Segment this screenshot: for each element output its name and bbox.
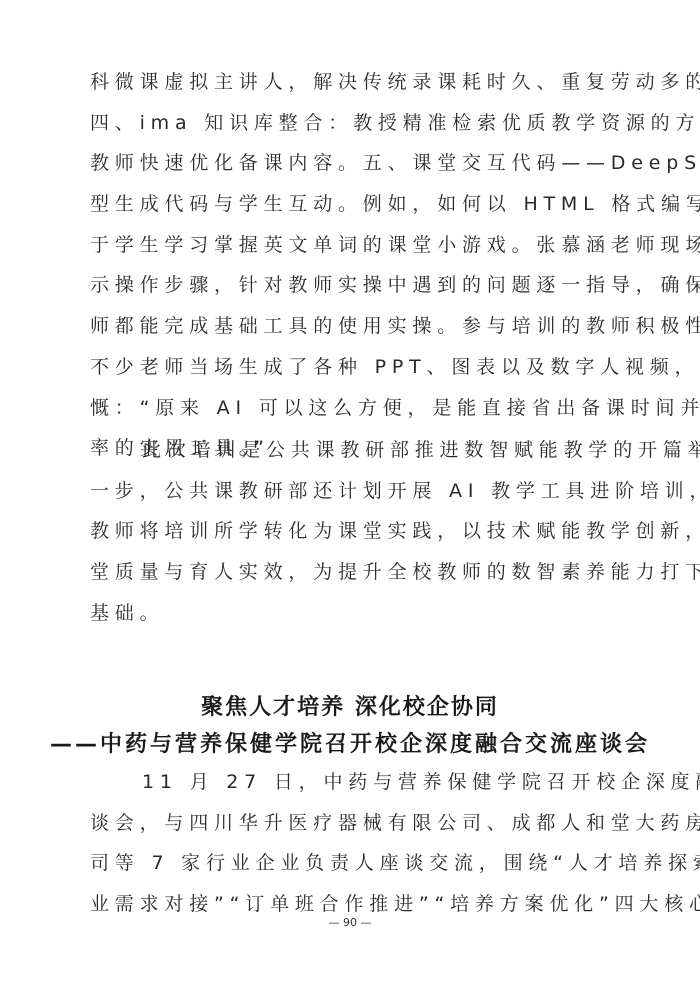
text-line: 此次培训是公共课教研部推进数智赋能教学的开篇举措。下 xyxy=(90,430,616,471)
paragraph-next-steps: 此次培训是公共课教研部推进数智赋能教学的开篇举措。下 一步，公共课教研部还计划开… xyxy=(90,430,616,633)
text-line: 示操作步骤，针对教师实操中遇到的问题逐一指导，确保每位教 xyxy=(90,265,616,306)
text-line: 型生成代码与学生互动。例如，如何以 HTML 格式编写一个有助 xyxy=(90,184,616,225)
text-line: 四、ima 知识库整合：教授精准检索优质教学资源的方法，助力 xyxy=(90,103,616,144)
text-line: 于学生学习掌握英文单词的课堂小游戏。张慕涵老师现场同步演 xyxy=(90,225,616,266)
document-page: 科微课虚拟主讲人，解决传统录课耗时久、重复劳动多的痛点； 四、ima 知识库整合… xyxy=(0,0,700,989)
text-line: 一步，公共课教研部还计划开展 AI 教学工具进阶培训，持续推动 xyxy=(90,471,616,512)
page-number: — 90 — xyxy=(0,916,700,929)
text-line: 基础。 xyxy=(90,593,616,634)
text-line: 科微课虚拟主讲人，解决传统录课耗时久、重复劳动多的痛点； xyxy=(90,62,616,103)
paragraph-article-body: 11 月 27 日，中药与营养保健学院召开校企深度融合交流座 谈会，与四川华升医… xyxy=(90,762,616,925)
text-line: 教师将培训所学转化为课堂实践，以技术赋能教学创新，提高课 xyxy=(90,511,616,552)
text-line: 司等 7 家行业企业负责人座谈交流，围绕“人才培养探索”“企 xyxy=(90,843,616,884)
text-line: 教师快速优化备课内容。五、课堂交互代码——DeepSeek：大模 xyxy=(90,143,616,184)
text-line: 11 月 27 日，中药与营养保健学院召开校企深度融合交流座 xyxy=(90,762,616,803)
text-line: 慨：“原来 AI 可以这么方便，是能直接省出备课时间并且提高效 xyxy=(90,388,616,429)
article-title: 聚焦人才培养 深化校企协同 xyxy=(0,690,700,721)
text-line: 不少老师当场生成了各种 PPT、图表以及数字人视频，有老师感 xyxy=(90,347,616,388)
article-subtitle: ——中药与营养保健学院召开校企深度融合交流座谈会 xyxy=(0,727,700,758)
text-line: 师都能完成基础工具的使用实操。参与培训的教师积极性高涨， xyxy=(90,306,616,347)
paragraph-training-details: 科微课虚拟主讲人，解决传统录课耗时久、重复劳动多的痛点； 四、ima 知识库整合… xyxy=(90,62,616,469)
text-line: 堂质量与育人实效，为提升全校教师的数智素养能力打下坚实的 xyxy=(90,552,616,593)
text-line: 谈会，与四川华升医疗器械有限公司、成都人和堂大药房有限公 xyxy=(90,803,616,844)
